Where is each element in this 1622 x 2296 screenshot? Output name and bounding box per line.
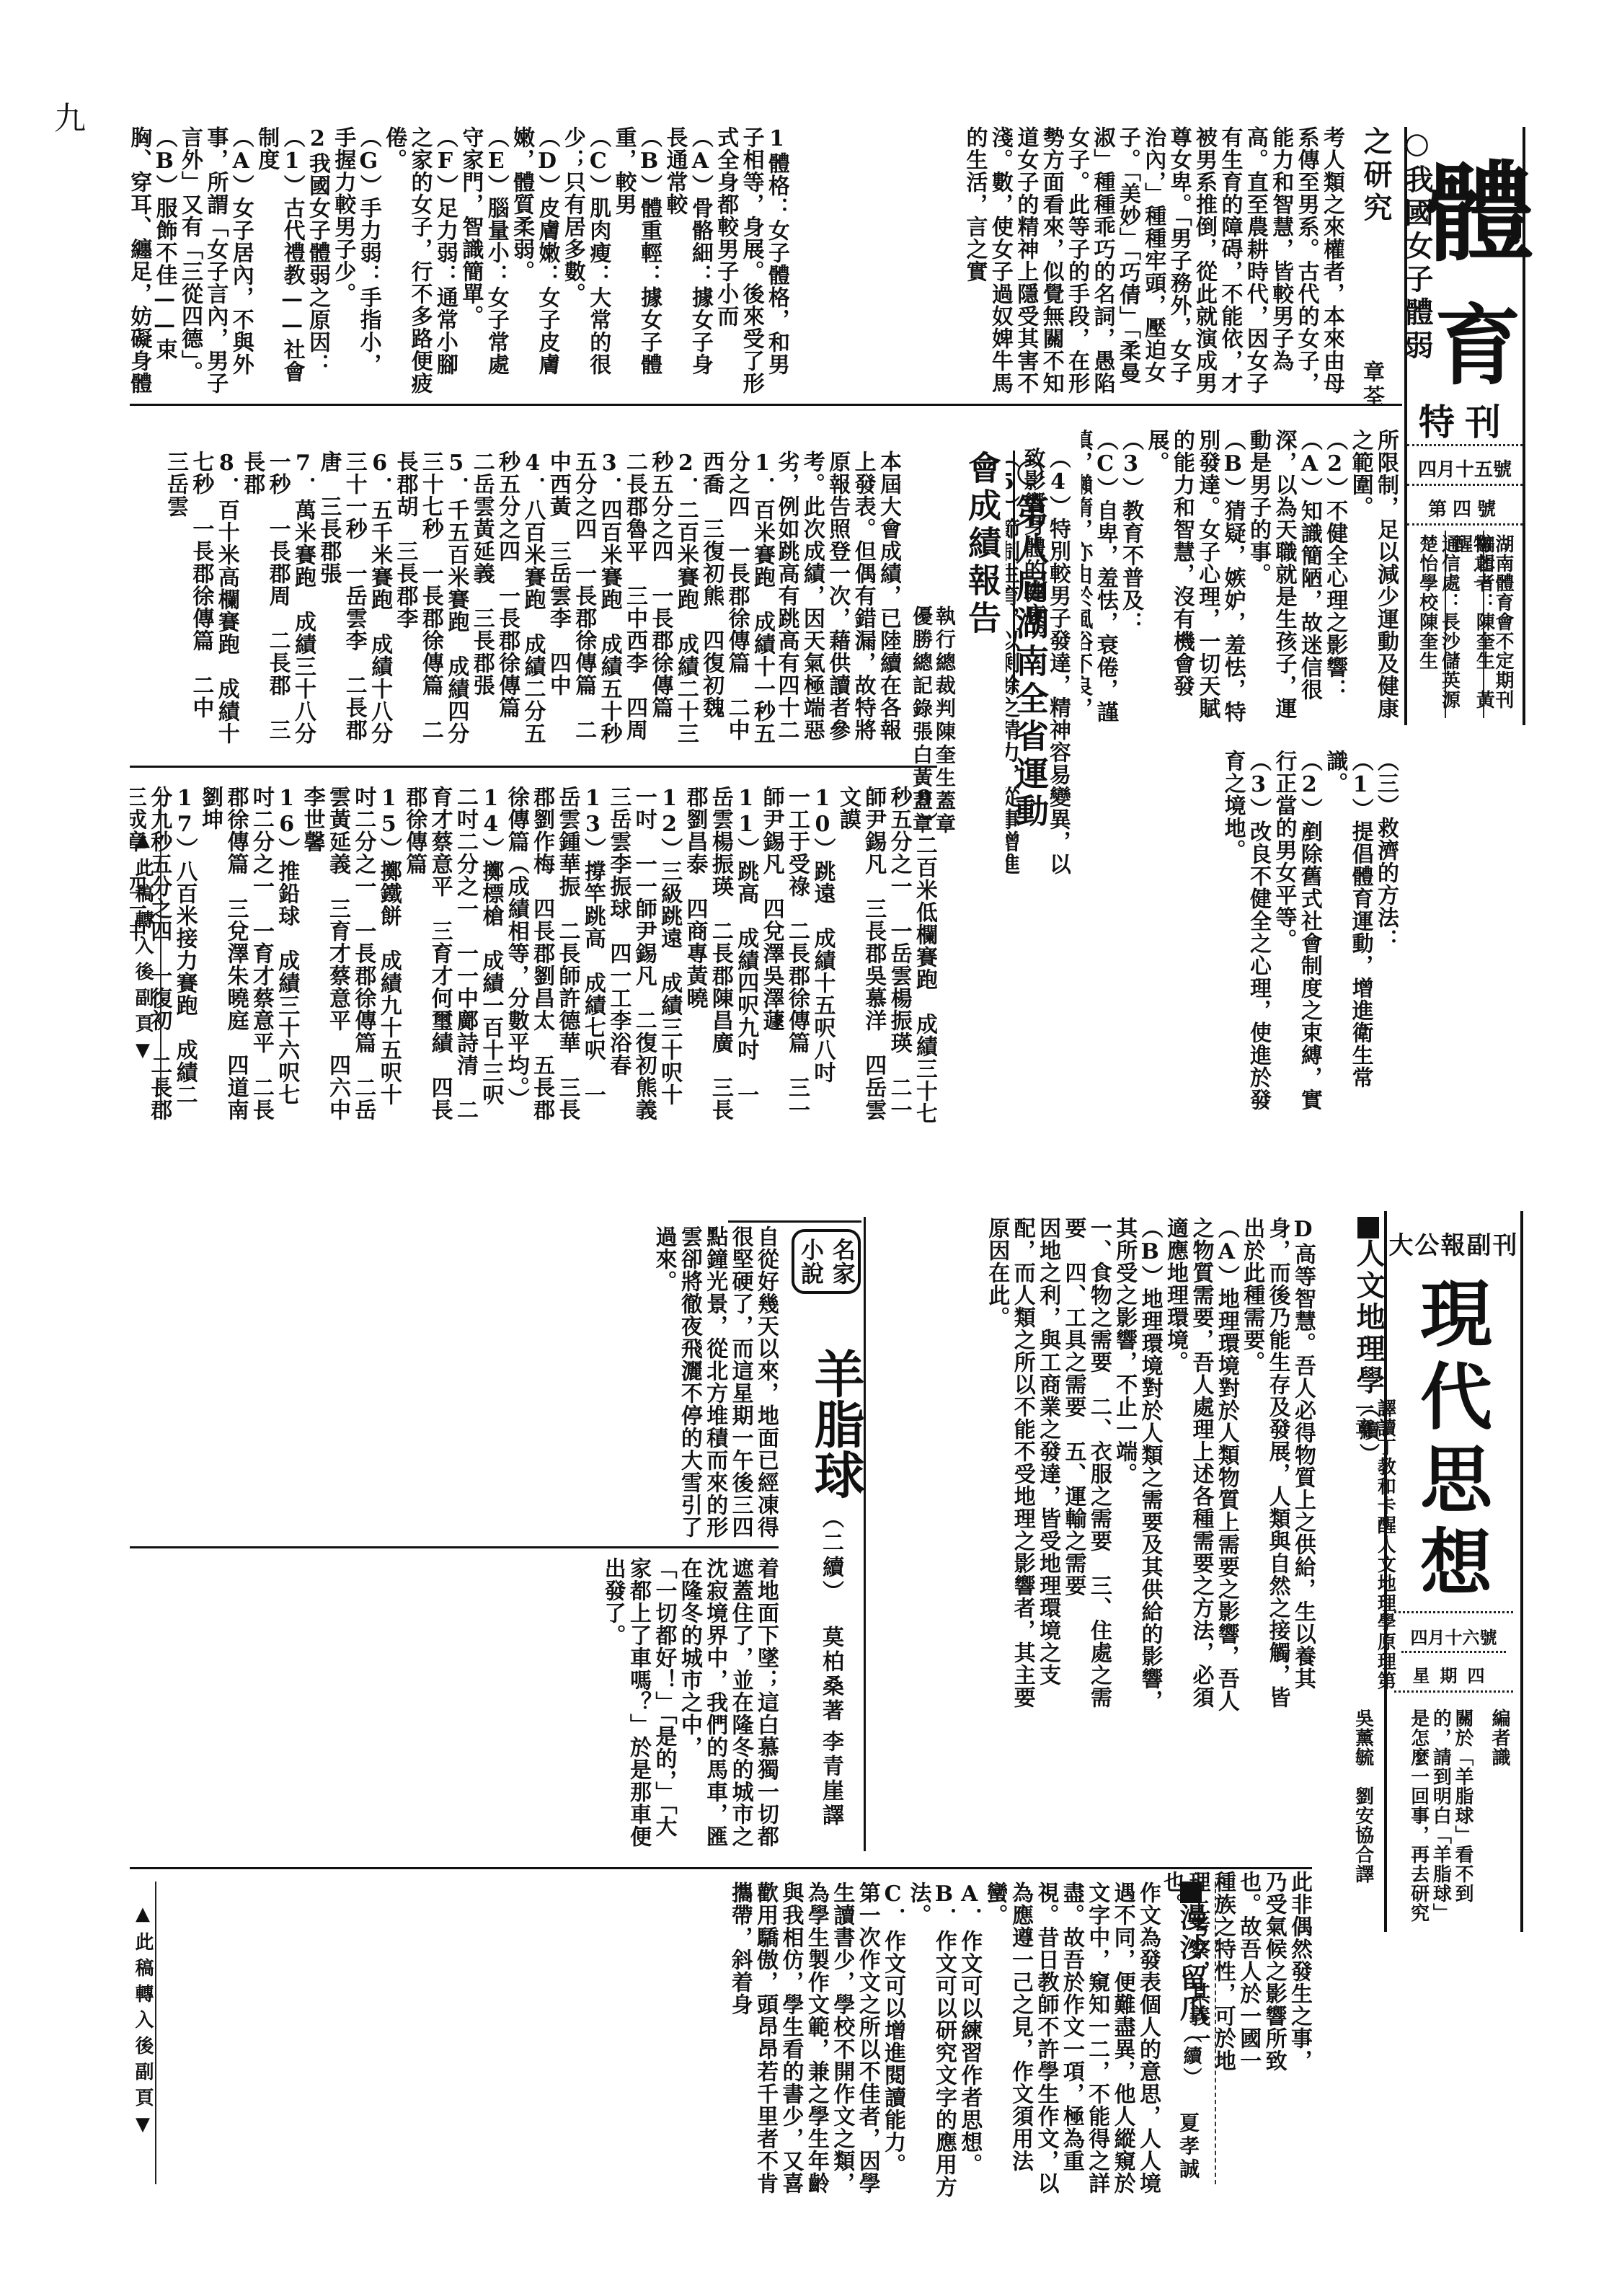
result-item: 5．千五百米賽跑 成績四分三十七秒 一長郡徐傳篇 二長郡胡 三長郡李 [392,451,469,746]
result-item: 3．四百米賽跑 成績五十秒五分之四 一長郡徐傳篇 二中西黃 三岳雲李 四中 [545,451,621,746]
result-event: 跳高 [733,860,758,905]
result-item: 9）二百米低欄賽跑 成績三十七秒五分之一 一岳雲楊振瑛 二一師尹錫凡 三長郡吳慕… [835,786,937,1125]
result-item: 16）推鉛球 成績三十六呎七吋二分之一 一育才蔡意平 二長郡徐傳篇 三兌澤朱曉庭… [198,786,300,1125]
result-event: 八百米接力賽跑 [172,860,198,1016]
paragraph: 「一切都好！」「是的，」「大家都上了車嗎？」於是那車便出發了。 [600,1557,676,1853]
paragraph: 着地面下墜；這白慕獨一切都遮蓋住了，並在隆冬的城市之沈寂境界中，我們的馬車，匯在… [676,1557,779,1853]
result-item: 10）跳遠 成績十五呎八吋 一工于受祿 二長郡徐傳篇 三一師尹錫凡 四兌澤吳澤蘧 [758,786,835,1125]
result-event: 擲標槍 [478,860,503,927]
masthead-char: 思 [1414,1442,1486,1514]
masthead-title-yu: 育 [1427,300,1514,386]
address-label: 通信處： [1438,534,1460,612]
paragraph: （C）肌肉瘦：大常的很少；只有居多數。 [559,126,611,396]
article-title-sports: ○第八屆湖南全省運動會成績報告 [959,451,1054,854]
result-no: 1 [750,451,775,477]
paragraph: 作文為發表個人的意思，人人境遇不同，便難盡異，他人縱窺於文字中，窺知一二，不能得… [982,1881,1161,2206]
column-rule [864,1217,866,1851]
issue-date: 四月十五號 [1407,455,1523,482]
result-event: 萬米賽跑 [291,499,316,588]
novel-title-char: 羊 [806,1348,866,1399]
novel-title-char: 球 [806,1449,866,1499]
paragraph: （F）足力弱：通常小腳之家的女子，行不多路便疲倦。 [381,126,458,396]
continued-marker-diary: ▲此稿轉入後副頁▼ [130,1903,156,2163]
wavy-divider [1407,484,1523,490]
paragraph: 2我國女子體弱之原因： [305,126,330,396]
section-divider [130,1867,1312,1869]
issue-number: 第四號 [1407,495,1523,521]
article-body-women-1: 考人類之來權者，本來由母系傳至男系。古代的女子，能力和智慧，皆較男子為高。直至農… [797,126,1344,396]
result-no: 16 [274,786,299,838]
result-item: 2．二百米賽跑 成績二十三秒五分之四 一長郡徐傳篇 二長郡魯平 三中西李 四周 [622,451,699,746]
staff-role: 優勝總記錄 [910,606,934,721]
wavy-divider [1407,444,1523,451]
wavy-divider [1407,523,1523,530]
list-item: A．作文可以練習作者思想。 [957,1881,982,2206]
result-item: 1．百米賽跑 成績十一秒五分之四 一長郡徐傳篇 二中西喬 三復初熊 四復初魏 [699,451,775,746]
ornament-divider [1394,1690,1513,1697]
paragraph: 因地之利，與工商業之發達，皆受地理環境之支配，而人類之所以不能不受地理之影響者，… [984,1217,1060,1721]
section-divider [130,766,937,768]
results-list-lower: 9）二百米低欄賽跑 成績三十七秒五分之一 一岳雲楊振瑛 二一師尹錫凡 三長郡吳慕… [130,786,937,1125]
paragraph: （1）古代禮教——社會制度 [254,126,305,396]
result-no: 17 [172,786,198,838]
result-item: 6．五千米賽跑 成績十八分三十一秒 一岳雲李 二長郡唐 三長郡張 [316,451,392,746]
sports-intro: 本屆大會成績，已陸續在各報上發表。但偶有錯漏，故特將原報告照登一次，藉供讀者參考… [779,451,901,746]
editor-note-label: 編者識 [1488,1708,1510,1925]
result-no: 2 [673,451,699,477]
article-title-diary: 漫沙留爪 [1175,1903,1207,2024]
staff-role: 執行總裁判 [933,606,957,721]
paragraph: （B）地理環境對於人類之需要及其供給的影響，其所受之影響，不止一端。 [1112,1217,1163,1721]
paragraph: 一、食物之需要 二、衣服之需要 三、住處之需要 四、工具之需要 五、運輸之需要 [1060,1217,1112,1721]
diary-body: 作文為發表個人的意思，人人境遇不同，便難盡異，他人縱窺於文字中，窺知一二，不能得… [155,1881,1161,2206]
staff-name: 陳奎生 [933,721,957,790]
list-item: B．作文可以研究文字的應用方法。 [905,1881,957,2206]
novel-title: 羊脂球 [800,1348,871,1499]
diary-author: 夏孝誠 [1174,2112,1202,2181]
tag-line-1: 名家 [828,1238,856,1285]
result-no: 5 [443,451,469,477]
paragraph: （A）骨骼細：據女子身長通常較 [662,126,713,396]
result-record: 成績七呎 [580,972,606,1061]
paragraph: （C）自卑，羞怯，衰倦，謹慎，懶惰，亦由於風俗不良，事理不明的緣故。 [1081,429,1118,732]
continued-marker-sports: ▲此稿轉入後副頁▼ [130,829,156,1089]
result-no: 14 [478,786,503,838]
result-event: 百十米高欄賽跑 [214,499,239,655]
weekday: 星期四 [1387,1662,1520,1687]
modern-thought-masthead: 大公報副刊 現 代 思 想 四月十六號 星期四 編者識 關於「羊脂球」看不到的，… [1384,1211,1523,1932]
novel-author: 莫柏桑著 [815,1626,846,1724]
paragraph: （A）女子居內，不與外事，所謂「女子言內，男子言外」又有「三從四德」。 [177,126,254,396]
result-no: 7 [291,451,316,477]
issue-date: 四月十六號 [1387,1623,1520,1649]
remedy-item: （1）提倡體育運動，增進衛生常識。 [1322,750,1373,1125]
result-item: 15）擲鐵餅 成績九十五呎十吋二分之一 一長郡徐傳篇 二岳雲黃延義 三育才蔡意平… [299,786,402,1125]
paragraph: 第一次作文之所以不佳者，因學生讀書少，學校不開作文之類，為學生製作文範，兼之學生… [727,1881,879,2206]
remedy-item: （2）剷除舊式社會制度之束縛，實行正當的男女平等。 [1271,750,1322,1125]
list-item: C．作文可以增進閱讀能力。 [880,1881,905,2206]
ornament-divider [1401,1651,1506,1657]
famous-novel-tag: 名家 小說 [792,1229,861,1294]
article-title-women: ○我國女子體弱之研究 [1355,126,1437,386]
result-event: 八百米賽跑 [520,499,545,611]
diary-title-block: 漫沙留爪（續） [1171,1881,1211,2089]
paragraph: （3）教育不普及： [1118,429,1143,732]
result-item: 7．萬米賽跑 成績三十八分一秒 一長郡周 二長郡 三長郡 [239,451,316,746]
staff-name: 張白黃 [910,721,934,790]
result-event: 千五百米賽跑 [443,499,469,633]
article-author-women: 章荃 [1355,360,1387,409]
tag-line-2: 小說 [797,1238,824,1285]
result-item: 4．八百米賽跑 成績二分五秒五分之四 一長郡徐傳篇 二岳雲黃延義 三長郡張 [469,451,545,746]
result-record: 成績十五呎八吋 [810,927,835,1083]
result-no: 4 [520,451,545,477]
paragraph: （A）地理環境對於人類物質上需要之影響，吾人之物質需要，吾人處理上述各種需要之方… [1163,1217,1239,1721]
result-event: 百米賽跑 [750,499,775,588]
section-bullet-icon [1180,1881,1202,1903]
novel-status: （二續） [815,1507,846,1605]
result-event: 五千米賽跑 [367,499,392,611]
column-rule [160,789,161,1117]
result-event: 擲鐵餅 [376,860,402,927]
paragraph: （B）猜疑，嫉妒，羞怯，特別發達。女子心理，一切天賦的能力和智慧，沒有機會發展。 [1143,429,1246,732]
result-no: 13 [580,786,606,838]
masthead-char: 代 [1414,1359,1486,1431]
results-list-upper: 1．百米賽跑 成績十一秒五分之四 一長郡徐傳篇 二中西喬 三復初熊 四復初魏 2… [130,451,775,746]
result-event: 四百米賽跑 [597,499,622,611]
result-no: 15 [376,786,402,838]
section-divider [130,404,1402,406]
result-no: 11 [733,786,758,838]
result-placings: 一工于受祿 二長郡徐傳篇 三一師尹錫凡 四兌澤吳澤蘧 [759,786,810,1121]
paragraph: （B）體重輕：據女子體重，較男 [611,126,662,396]
paragraph: 1體格：女子體格，和男子相等，身展。後來受了形式全身都較男子小而 [713,126,789,396]
geography-translators: 吳薰毓 劉安協合譯 [1352,1708,1374,1925]
article-body-women-continued: 所限制，足以減少運動及健康之範圍。 （2）不健全心理之影響： （A）知識簡陋，故… [1081,429,1399,732]
geography-translator-line: 譯讀丁教和卡醒人文地理學原理第一章 [1352,1399,1396,1701]
result-event: 推鉛球 [274,860,299,927]
novel-body-upper: 自從好幾天以來，地面已經凍得很堅硬了，而這星期一午後三四點鐘光景，從北方堆積而來… [130,1225,779,1543]
result-no: 9 [912,786,937,812]
article-title-geography: 人文地理學 [1352,1238,1386,1397]
geography-body: D高等智慧。吾人必得物質上之供給，生以養其身，而後乃能生存及發展，人類與自然之接… [898,1217,1316,1721]
handwritten-page-number: 九 [54,92,86,138]
paragraph: 所限制，足以減少運動及健康之範圍。 [1347,429,1399,732]
result-item: 12）三級跳遠 成績三十呎十一吋 一一師尹錫凡 二復初熊義 三岳雲李振球 四一工… [606,786,682,1125]
result-item: 8．百十米高欄賽跑 成績十七秒 一長郡徐傳篇 二中 三岳雲 [163,451,239,746]
masthead-subtitle: 特刊 [1407,394,1523,446]
result-no: 3 [597,451,622,477]
result-placings: 一一師尹錫凡 二復初熊義 三岳雲李振球 四一工李浴春 [606,786,656,1125]
remedies-block: （三）救濟的方法： （1）提倡體育運動，增進衛生常識。 （2）剷除舊式社會制度之… [1081,750,1399,1125]
remedy-item: （3）改良不健全之心理，使進於發育之境地。 [1220,750,1271,1125]
masthead-char: 想 [1414,1525,1486,1597]
result-event: 二百米低欄賽跑 [912,834,937,990]
result-item: 11）跳高 成績四呎九吋 一岳雲楊振瑛 二長郡陳昌廣 三長郡劉昌泰 四商專黃曉 [682,786,758,1125]
result-event: 撐竿跳高 [580,860,606,949]
masthead-char: 現 [1414,1276,1486,1348]
novel-title-char: 脂 [806,1399,866,1449]
remedies-heading: （三）救濟的方法： [1373,750,1399,1125]
novel-translator: 李青崖譯 [815,1730,846,1828]
article-body-women-2: 1體格：女子體格，和男子相等，身展。後來受了形式全身都較男子小而 （A）骨骼細：… [130,126,789,396]
result-no: 10 [810,786,835,838]
section-divider [130,1546,779,1548]
editors-label: 編輯者： [1473,534,1494,612]
article-status: （續） [1180,2024,1202,2089]
paragraph: （G）手力弱：手指小，手握力較男子少。 [330,126,381,396]
section-bullet-icon [1357,1217,1379,1238]
paragraph: （A）知識簡陋，故迷信很深，以為天職就是生孩子，運動是男子的事。 [1246,429,1322,732]
section-divider [728,1220,861,1223]
novel-body-lower: 着地面下墜；這白慕獨一切都遮蓋住了，並在隆冬的城市之沈寂境界中，我們的馬車，匯在… [130,1557,779,1853]
paragraph: （D）皮膚嫩：女子皮膚嫩，體質柔弱。 [509,126,560,396]
editor-note: 關於「羊脂球」看不到的，請到明白「羊脂球」是怎麼一回事，再去研究 [1394,1708,1473,1925]
result-no: 6 [367,451,392,477]
paragraph: （E）腦量小：女子常處守家門，智識簡單。 [458,126,509,396]
result-no: 12 [657,786,682,838]
paragraph: （2）不健全心理之影響： [1322,429,1347,732]
result-item: 14）擲標槍 成績一百十三呎二吋二分之一 一一中鄺詩清 二育才蔡意平 三育才何璽… [402,786,504,1125]
result-no: 8 [214,451,239,477]
paragraph: D高等智慧。吾人必得物質上之供給，生以養其身，而後乃能生存及發展，人類與自然之接… [1239,1217,1316,1721]
paper-name: 大公報副刊 [1387,1225,1520,1261]
paragraph: （B）服飾不佳——束胸、穿耳、纏足，妨礙身體的發育。 [130,126,177,396]
column-rule [1215,1881,1218,2184]
result-event: 跳遠 [810,860,835,905]
result-record: 成績四呎九吋 [733,927,758,1061]
ornament-divider [1394,1611,1513,1618]
result-event: 三級跳遠 [657,860,682,949]
address-block: 通信處：長沙儲英源楚怡學校陳奎生 [1416,534,1460,722]
result-event: 二百米賽跑 [673,499,699,611]
result-item: 13）撐竿跳高 成績七呎 一岳雲鍾華振 二長師許德華 三長郡劉作梅 四長郡劉昌太… [503,786,606,1125]
